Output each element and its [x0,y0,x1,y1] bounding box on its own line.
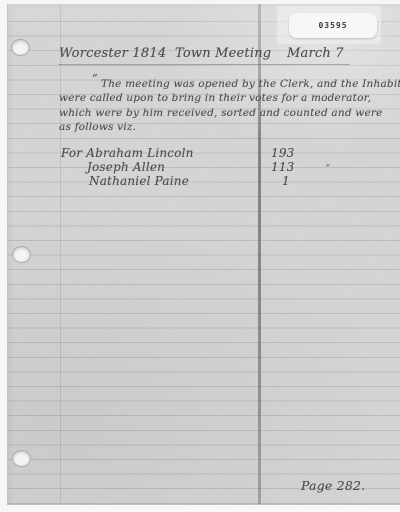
scanned-document-page: { "sticker": { "number": "03595" }, "hea… [0,0,400,512]
paragraph-line: The meeting was opened by the Clerk, and… [101,78,400,90]
vote-candidate-name: Nathaniel Paine [89,174,189,188]
vote-row: Joseph Allen 113 ″ [0,160,400,175]
handwriting-layer: Worcester 1814 Town Meeting March 7 “ Th… [0,0,400,512]
paragraph-open-quote: “ [92,72,98,85]
title-event: Town Meeting [175,46,271,61]
title-underline [58,64,350,65]
paragraph-line: which were by him received, sorted and c… [59,107,383,119]
page-number: Page 282. [301,478,365,493]
title-place-year: Worcester 1814 [59,46,166,61]
paragraph-line: were called upon to bring in their votes… [59,92,371,104]
title-date: March 7 [287,46,344,61]
vote-row: Nathaniel Paine 1 [0,174,400,189]
vote-candidate-name: Joseph Allen [87,160,165,174]
paragraph-line: as follows viz. [59,121,136,133]
vote-count: 1 [282,174,290,188]
vote-candidate-name: For Abraham Lincoln [61,146,194,160]
vote-count: 113 [271,160,295,174]
vote-row: For Abraham Lincoln 193 [0,146,400,161]
vote-count: 193 [271,146,295,160]
